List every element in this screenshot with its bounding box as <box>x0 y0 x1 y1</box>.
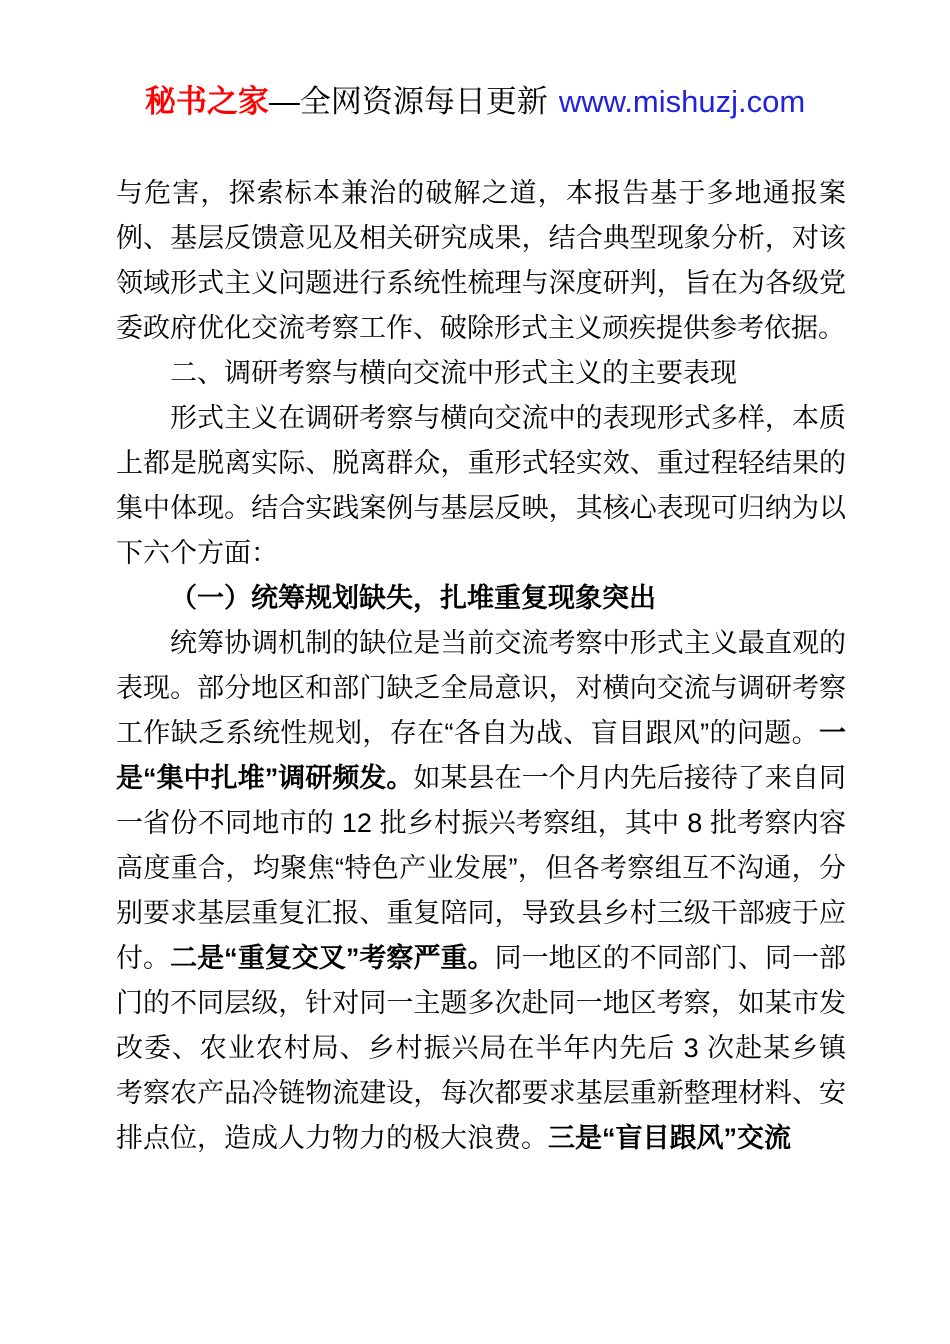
site-brand: 秘书之家 <box>145 84 269 119</box>
bold-text-run: 三是“盲目跟风”交流 <box>548 1123 791 1153</box>
paragraph-section-intro: 形式主义在调研考察与横向交流中的表现形式多样，本质上都是脱离实际、脱离群众，重形… <box>116 396 846 576</box>
site-tagline: —全网资源每日更新 <box>269 84 548 119</box>
text-run: 形式主义在调研考察与横向交流中的表现形式多样，本质上都是脱离实际、脱离群众，重形… <box>116 403 846 568</box>
paragraph-subsection-heading: （一）统筹规划缺失，扎堆重复现象突出 <box>116 576 846 621</box>
text-run: 同一地区的不同部门、同一部门的不同层级，针对同一主题多次赴同一地区考察，如某市发… <box>116 943 846 1153</box>
text-run: 与危害，探索标本兼治的破解之道，本报告基于多地通报案例、基层反馈意见及相关研究成… <box>116 178 846 343</box>
paragraph-intro-continuation: 与危害，探索标本兼治的破解之道，本报告基于多地通报案例、基层反馈意见及相关研究成… <box>116 171 846 351</box>
bold-text-run: 二是“重复交叉”考察严重。 <box>170 943 494 973</box>
document-page: 秘书之家—全网资源每日更新www.mishuzj.com 与危害，探索标本兼治的… <box>0 0 950 1344</box>
page-header: 秘书之家—全网资源每日更新www.mishuzj.com <box>0 82 950 122</box>
text-run: 统筹协调机制的缺位是当前交流考察中形式主义最直观的表现。部分地区和部门缺乏全局意… <box>116 628 846 748</box>
text-run: 二、调研考察与横向交流中形式主义的主要表现 <box>170 358 737 388</box>
document-body: 与危害，探索标本兼治的破解之道，本报告基于多地通报案例、基层反馈意见及相关研究成… <box>116 171 846 1161</box>
text-run: 如某县在一个月内先后接待了来自同一省份不同地市的 12 批乡村振兴考察组，其中 … <box>116 763 846 973</box>
paragraph-subsection-body: 统筹协调机制的缺位是当前交流考察中形式主义最直观的表现。部分地区和部门缺乏全局意… <box>116 621 846 1161</box>
site-url-link[interactable]: www.mishuzj.com <box>559 84 805 119</box>
paragraph-section-heading: 二、调研考察与横向交流中形式主义的主要表现 <box>116 351 846 396</box>
bold-text-run: （一）统筹规划缺失，扎堆重复现象突出 <box>170 583 656 613</box>
